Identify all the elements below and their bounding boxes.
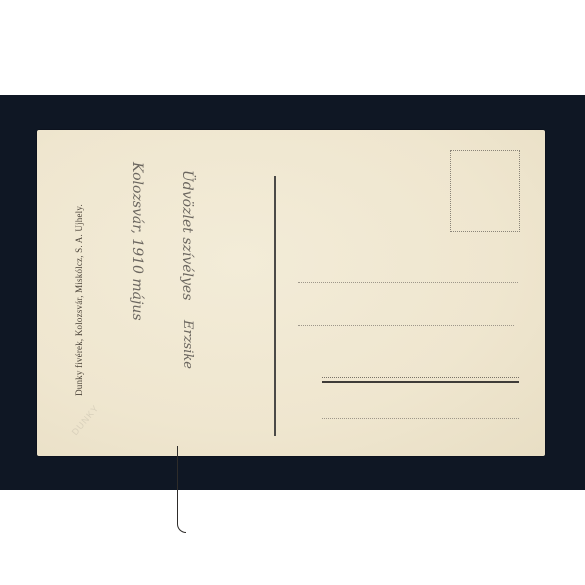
postcard: Dunky fivérek, Kolozsvár, Miskólcz, S. A…	[37, 130, 545, 456]
handwriting-line-1: Üdvözlet szívélyes	[179, 170, 195, 300]
address-line-3-dotted	[322, 377, 519, 378]
handwriting-line-2: Kolozsvár, 1910 május	[129, 162, 145, 321]
publisher-imprint: Dunky fivérek, Kolozsvár, Miskólcz, S. A…	[73, 150, 85, 450]
center-divider	[274, 176, 276, 436]
address-line-1	[298, 282, 518, 283]
stamp-box	[450, 150, 520, 232]
address-line-4	[322, 418, 519, 419]
handwriting-signature: Erzsike	[180, 320, 195, 369]
address-line-3	[322, 381, 519, 383]
publisher-text: Dunky fivérek, Kolozsvár, Miskólcz, S. A…	[74, 204, 84, 396]
address-line-2	[298, 325, 514, 326]
signature-flourish	[177, 446, 186, 533]
